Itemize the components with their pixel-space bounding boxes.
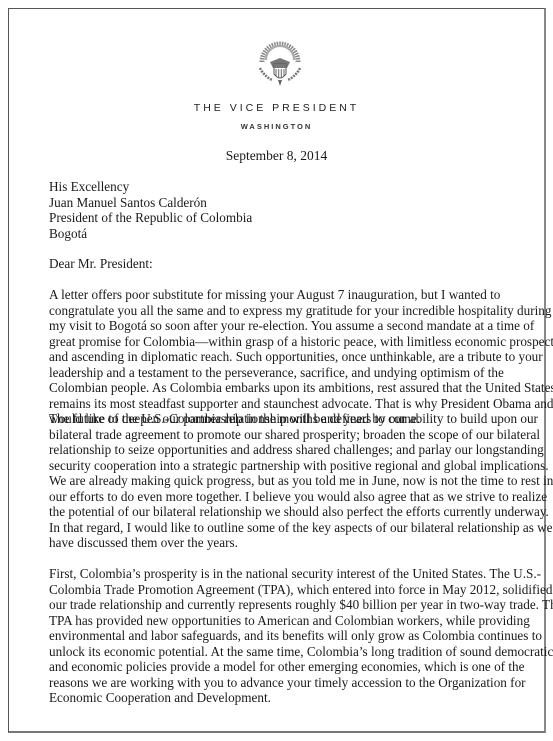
paragraph-line: relationship to seize opportunities and …: [49, 442, 519, 458]
paragraph-line: and economic policies provide a model fo…: [49, 659, 519, 675]
recipient-line: Bogotá: [49, 226, 519, 242]
paragraph-line: my visit to Bogotá so soon after your re…: [49, 318, 519, 334]
paragraph-line: great promise for Colombia—within grasp …: [49, 334, 519, 350]
salutation: Dear Mr. President:: [49, 256, 519, 272]
paragraph-line: unlock its economic potential. At the sa…: [49, 644, 519, 660]
paragraph-line: Economic Cooperation and Development.: [49, 690, 519, 706]
paragraph-line: have discussed them over the years.: [49, 535, 519, 551]
letter-date: September 8, 2014: [0, 148, 553, 164]
paragraph-line: environmental and labor safeguards, and …: [49, 628, 519, 644]
paragraph-line: bilateral trade agreement to promote our…: [49, 427, 519, 443]
paragraph-line: The future of the U.S.-Colombia relation…: [49, 411, 519, 427]
paragraph-line: and ascending in diplomatic reach. Such …: [49, 349, 519, 365]
paragraph-line: our efforts to do even more together. I …: [49, 489, 519, 505]
paragraph-line: Colombian people. As Colombia embarks up…: [49, 380, 519, 396]
paragraph-line: our trade relationship and currently rep…: [49, 597, 519, 613]
paragraph-line: reasons we are working with you to advan…: [49, 675, 519, 691]
recipient-address: His Excellency Juan Manuel Santos Calder…: [49, 179, 519, 241]
paragraph-2: The future of the U.S.-Colombia relation…: [49, 411, 519, 551]
paragraph-line: First, Colombia’s prosperity is in the n…: [49, 566, 519, 582]
paragraph-line: A letter offers poor substitute for miss…: [49, 287, 519, 303]
paragraph-line: the potential of our bilateral relations…: [49, 504, 519, 520]
paragraph-line: security cooperation into a strategic pa…: [49, 458, 519, 474]
recipient-line: Juan Manuel Santos Calderón: [49, 195, 519, 211]
paragraph-line: TPA has provided new opportunities to Am…: [49, 613, 519, 629]
paragraph-line: We are already making quick progress, bu…: [49, 473, 519, 489]
paragraph-line: remains its most steadfast supporter and…: [49, 396, 519, 412]
paragraph-line: congratulate you all the same and to exp…: [49, 303, 519, 319]
paragraph-3: First, Colombia’s prosperity is in the n…: [49, 566, 519, 706]
vice-presidential-seal-icon: [254, 40, 306, 90]
recipient-line: President of the Republic of Colombia: [49, 210, 519, 226]
paragraph-line: Colombia Trade Promotion Agreement (TPA)…: [49, 582, 519, 598]
paragraph-1: A letter offers poor substitute for miss…: [49, 287, 519, 427]
recipient-line: His Excellency: [49, 179, 519, 195]
paragraph-line: leadership and a testament to the persev…: [49, 365, 519, 381]
letterhead-city: WASHINGTON: [0, 122, 553, 131]
letterhead-title: THE VICE PRESIDENT: [0, 102, 553, 114]
paragraph-line: In that regard, I would like to outline …: [49, 520, 519, 536]
